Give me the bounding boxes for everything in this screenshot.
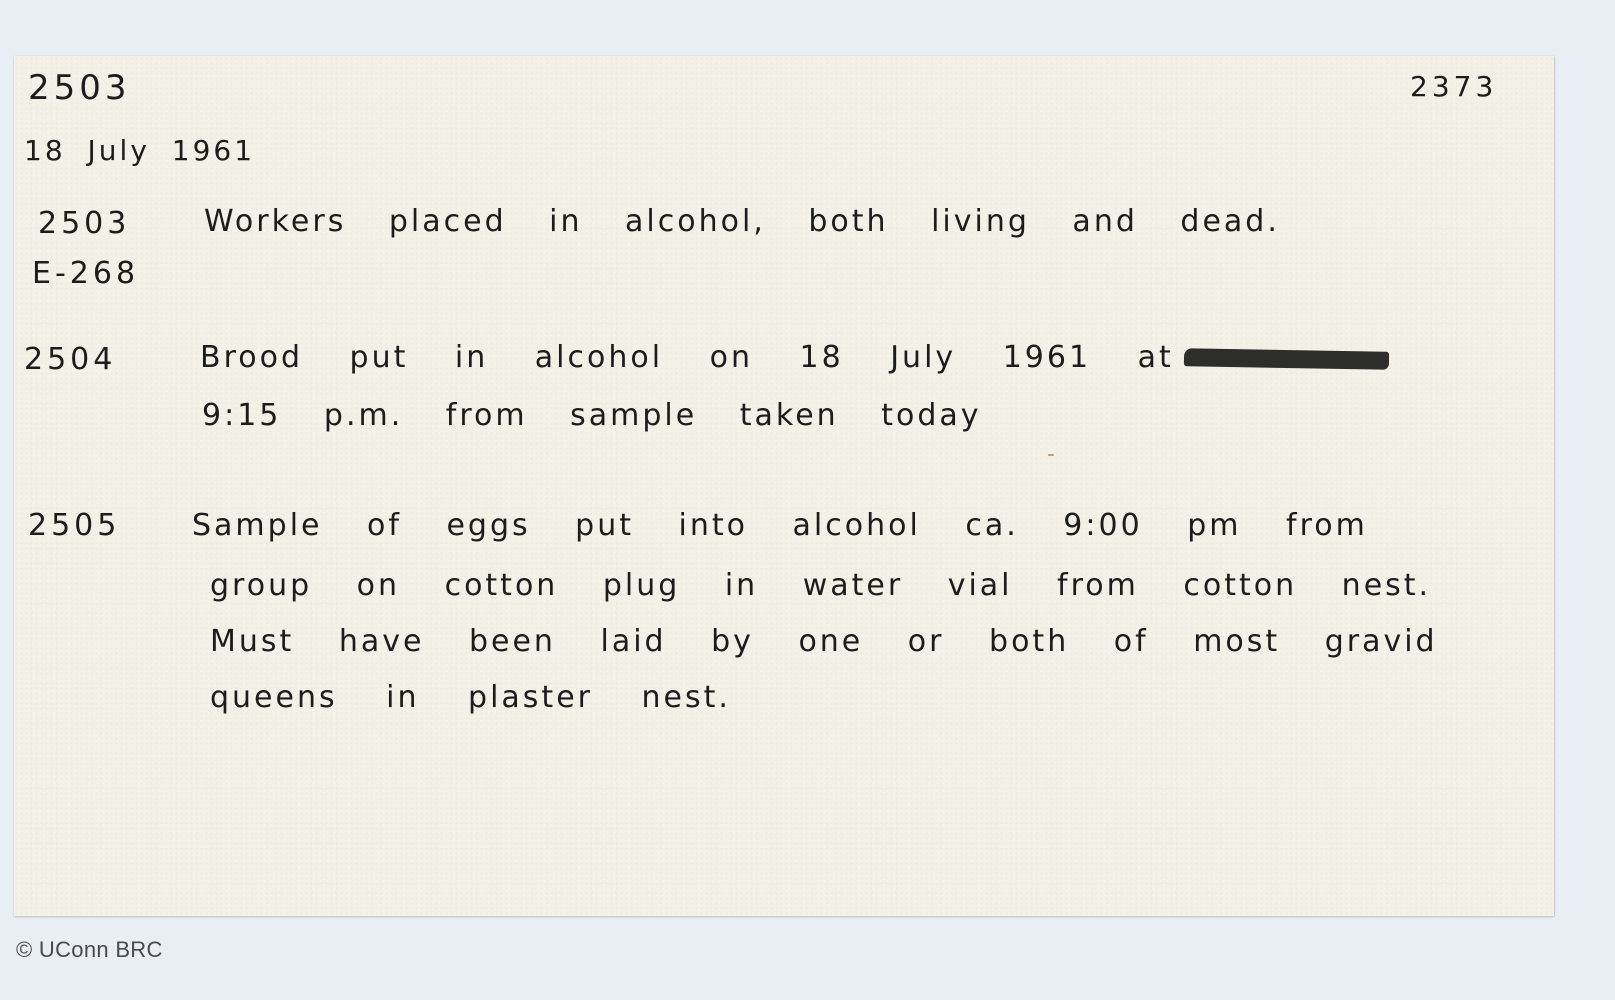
entry-text-line: Brood put in alcohol on 18 July 1961 at (200, 340, 1389, 375)
entry-text-line: queens in plaster nest. (210, 680, 731, 715)
card-date: 18 July 1961 (24, 134, 255, 167)
entry-id: 2505 (28, 508, 120, 543)
paper-speck (1048, 454, 1054, 456)
copyright-notice: © UConn BRC (16, 937, 163, 963)
entry-text-line: Sample of eggs put into alcohol ca. 9:00… (192, 508, 1368, 543)
crossed-out-text (1184, 348, 1389, 370)
entry-sub-id: E-268 (32, 256, 139, 291)
archival-note-card: 2503 2373 18 July 1961 2503 E-268 Worker… (14, 56, 1554, 916)
catalog-number: 2503 (28, 68, 131, 108)
entry-text: Brood put in alcohol on 18 July 1961 at (200, 340, 1174, 375)
entry-id: 2503 (38, 206, 130, 241)
entry-id: 2504 (24, 342, 116, 377)
entry-text-line: Workers placed in alcohol, both living a… (204, 204, 1280, 239)
entry-text-line: group on cotton plug in water vial from … (210, 568, 1431, 603)
entry-text-line: Must have been laid by one or both of mo… (210, 624, 1438, 659)
entry-text-line: 9:15 p.m. from sample taken today (202, 398, 982, 433)
page-number: 2373 (1410, 70, 1497, 103)
